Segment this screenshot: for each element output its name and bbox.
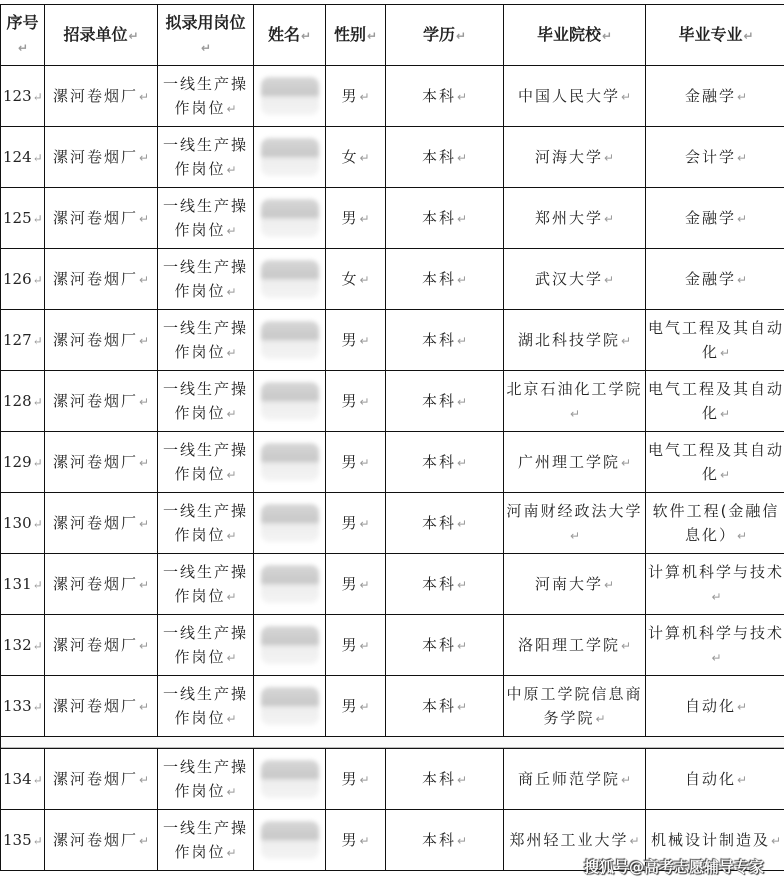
cell-gender: 女↵ [326,127,386,188]
cell-unit: 漯河卷烟厂↵ [45,676,158,737]
header-unit: 招录单位↵ [45,5,158,66]
cell-school: 武汉大学↵ [504,249,646,310]
cell-school: 河南财经政法大学↵ [504,493,646,554]
cell-unit: 漯河卷烟厂↵ [45,749,158,810]
redacted-name-blur [261,687,319,725]
cell-unit: 漯河卷烟厂↵ [45,371,158,432]
recruitment-table: 序号↵ 招录单位↵ 拟录用岗位↵ 姓名↵ 性别↵ 学历↵ 毕业院校↵ 毕业专业↵… [0,4,784,871]
cell-no: 135↵ [1,810,45,871]
cell-post: 一线生产操作岗位↵ [158,66,254,127]
cell-post: 一线生产操作岗位↵ [158,310,254,371]
table-row: 127↵ 漯河卷烟厂↵ 一线生产操作岗位↵ 男↵ 本科↵ 湖北科技学院↵ 电气工… [1,310,784,371]
cell-education: 本科↵ [386,493,504,554]
table-row: 123↵ 漯河卷烟厂↵ 一线生产操作岗位↵ 男↵ 本科↵ 中国人民大学↵ 金融学… [1,66,784,127]
cell-school: 洛阳理工学院↵ [504,615,646,676]
cell-major: 计算机科学与技术↵ [646,615,784,676]
cell-name-redacted [254,127,326,188]
cell-no: 125↵ [1,188,45,249]
cell-no: 130↵ [1,493,45,554]
watermark: 搜狐号@高考志愿辅导专家 [584,856,764,877]
redacted-name-blur [261,321,319,359]
cell-unit: 漯河卷烟厂↵ [45,188,158,249]
cell-gender: 男↵ [326,310,386,371]
cell-unit: 漯河卷烟厂↵ [45,66,158,127]
header-no: 序号↵ [1,5,45,66]
cell-gender: 男↵ [326,810,386,871]
cell-major: 软件工程(金融信息化）↵ [646,493,784,554]
redacted-name-blur [261,199,319,237]
header-name: 姓名↵ [254,5,326,66]
redacted-name-blur [261,382,319,420]
cell-gender: 男↵ [326,432,386,493]
cell-no: 123↵ [1,66,45,127]
cell-post: 一线生产操作岗位↵ [158,371,254,432]
cell-post: 一线生产操作岗位↵ [158,432,254,493]
header-gender: 性别↵ [326,5,386,66]
cell-unit: 漯河卷烟厂↵ [45,310,158,371]
cell-school: 河海大学↵ [504,127,646,188]
cell-major: 电气工程及其自动化↵ [646,371,784,432]
cell-name-redacted [254,66,326,127]
cell-school: 北京石油化工学院↵ [504,371,646,432]
redacted-name-blur [261,260,319,298]
cell-unit: 漯河卷烟厂↵ [45,554,158,615]
cell-gender: 男↵ [326,371,386,432]
table-row: 125↵ 漯河卷烟厂↵ 一线生产操作岗位↵ 男↵ 本科↵ 郑州大学↵ 金融学↵ [1,188,784,249]
cell-major: 金融学↵ [646,66,784,127]
cell-gender: 男↵ [326,749,386,810]
cell-school: 广州理工学院↵ [504,432,646,493]
redacted-name-blur [261,626,319,664]
cell-post: 一线生产操作岗位↵ [158,493,254,554]
cell-major: 会计学↵ [646,127,784,188]
redacted-name-blur [261,760,319,798]
table-row: 134↵ 漯河卷烟厂↵ 一线生产操作岗位↵ 男↵ 本科↵ 商丘师范学院↵ 自动化… [1,749,784,810]
cell-education: 本科↵ [386,676,504,737]
cell-school: 河南大学↵ [504,554,646,615]
cell-name-redacted [254,493,326,554]
table-row: 130↵ 漯河卷烟厂↵ 一线生产操作岗位↵ 男↵ 本科↵ 河南财经政法大学↵ 软… [1,493,784,554]
cell-major: 自动化↵ [646,749,784,810]
cell-name-redacted [254,676,326,737]
cell-major: 金融学↵ [646,188,784,249]
header-post: 拟录用岗位↵ [158,5,254,66]
cell-post: 一线生产操作岗位↵ [158,554,254,615]
cell-post: 一线生产操作岗位↵ [158,249,254,310]
redacted-name-blur [261,504,319,542]
cell-school: 郑州大学↵ [504,188,646,249]
table-row: 124↵ 漯河卷烟厂↵ 一线生产操作岗位↵ 女↵ 本科↵ 河海大学↵ 会计学↵ [1,127,784,188]
cell-unit: 漯河卷烟厂↵ [45,493,158,554]
page-break-separator [1,737,784,749]
cell-major: 电气工程及其自动化↵ [646,310,784,371]
table-body-part-2: 134↵ 漯河卷烟厂↵ 一线生产操作岗位↵ 男↵ 本科↵ 商丘师范学院↵ 自动化… [1,749,784,871]
redacted-name-blur [261,77,319,115]
cell-no: 127↵ [1,310,45,371]
cell-education: 本科↵ [386,554,504,615]
cell-gender: 男↵ [326,615,386,676]
cell-education: 本科↵ [386,310,504,371]
redacted-name-blur [261,138,319,176]
cell-post: 一线生产操作岗位↵ [158,810,254,871]
cell-name-redacted [254,749,326,810]
header-row: 序号↵ 招录单位↵ 拟录用岗位↵ 姓名↵ 性别↵ 学历↵ 毕业院校↵ 毕业专业↵ [1,5,784,66]
cell-school: 湖北科技学院↵ [504,310,646,371]
cell-gender: 男↵ [326,493,386,554]
cell-post: 一线生产操作岗位↵ [158,127,254,188]
header-education: 学历↵ [386,5,504,66]
cell-school: 商丘师范学院↵ [504,749,646,810]
cell-no: 128↵ [1,371,45,432]
cell-school: 中国人民大学↵ [504,66,646,127]
cell-education: 本科↵ [386,188,504,249]
cell-education: 本科↵ [386,249,504,310]
cell-post: 一线生产操作岗位↵ [158,188,254,249]
cell-name-redacted [254,188,326,249]
cell-post: 一线生产操作岗位↵ [158,749,254,810]
cell-no: 126↵ [1,249,45,310]
table-row: 128↵ 漯河卷烟厂↵ 一线生产操作岗位↵ 男↵ 本科↵ 北京石油化工学院↵ 电… [1,371,784,432]
cell-education: 本科↵ [386,66,504,127]
cell-education: 本科↵ [386,432,504,493]
cell-no: 132↵ [1,615,45,676]
cell-no: 124↵ [1,127,45,188]
cell-education: 本科↵ [386,127,504,188]
cell-no: 131↵ [1,554,45,615]
cell-gender: 男↵ [326,676,386,737]
cell-unit: 漯河卷烟厂↵ [45,615,158,676]
cell-name-redacted [254,432,326,493]
cell-gender: 男↵ [326,188,386,249]
cell-name-redacted [254,310,326,371]
cell-name-redacted [254,249,326,310]
cell-gender: 男↵ [326,554,386,615]
table-row: 126↵ 漯河卷烟厂↵ 一线生产操作岗位↵ 女↵ 本科↵ 武汉大学↵ 金融学↵ [1,249,784,310]
cell-name-redacted [254,615,326,676]
cell-major: 电气工程及其自动化↵ [646,432,784,493]
table-row: 129↵ 漯河卷烟厂↵ 一线生产操作岗位↵ 男↵ 本科↵ 广州理工学院↵ 电气工… [1,432,784,493]
cell-major: 金融学↵ [646,249,784,310]
cell-education: 本科↵ [386,810,504,871]
cell-post: 一线生产操作岗位↵ [158,615,254,676]
cell-name-redacted [254,810,326,871]
cell-no: 134↵ [1,749,45,810]
redacted-name-blur [261,821,319,859]
cell-unit: 漯河卷烟厂↵ [45,810,158,871]
header-major: 毕业专业↵ [646,5,784,66]
redacted-name-blur [261,565,319,603]
cell-no: 133↵ [1,676,45,737]
table-row: 133↵ 漯河卷烟厂↵ 一线生产操作岗位↵ 男↵ 本科↵ 中原工学院信息商务学院… [1,676,784,737]
cell-gender: 男↵ [326,66,386,127]
cell-education: 本科↵ [386,749,504,810]
cell-gender: 女↵ [326,249,386,310]
cell-school: 中原工学院信息商务学院↵ [504,676,646,737]
cell-education: 本科↵ [386,371,504,432]
cell-name-redacted [254,554,326,615]
table-row: 131↵ 漯河卷烟厂↵ 一线生产操作岗位↵ 男↵ 本科↵ 河南大学↵ 计算机科学… [1,554,784,615]
header-school: 毕业院校↵ [504,5,646,66]
cell-name-redacted [254,371,326,432]
cell-education: 本科↵ [386,615,504,676]
cell-post: 一线生产操作岗位↵ [158,676,254,737]
cell-unit: 漯河卷烟厂↵ [45,127,158,188]
cell-major: 计算机科学与技术↵ [646,554,784,615]
cell-major: 自动化↵ [646,676,784,737]
table-row: 132↵ 漯河卷烟厂↵ 一线生产操作岗位↵ 男↵ 本科↵ 洛阳理工学院↵ 计算机… [1,615,784,676]
cell-unit: 漯河卷烟厂↵ [45,432,158,493]
cell-no: 129↵ [1,432,45,493]
cell-unit: 漯河卷烟厂↵ [45,249,158,310]
redacted-name-blur [261,443,319,481]
table-body-part-1: 123↵ 漯河卷烟厂↵ 一线生产操作岗位↵ 男↵ 本科↵ 中国人民大学↵ 金融学… [1,66,784,737]
